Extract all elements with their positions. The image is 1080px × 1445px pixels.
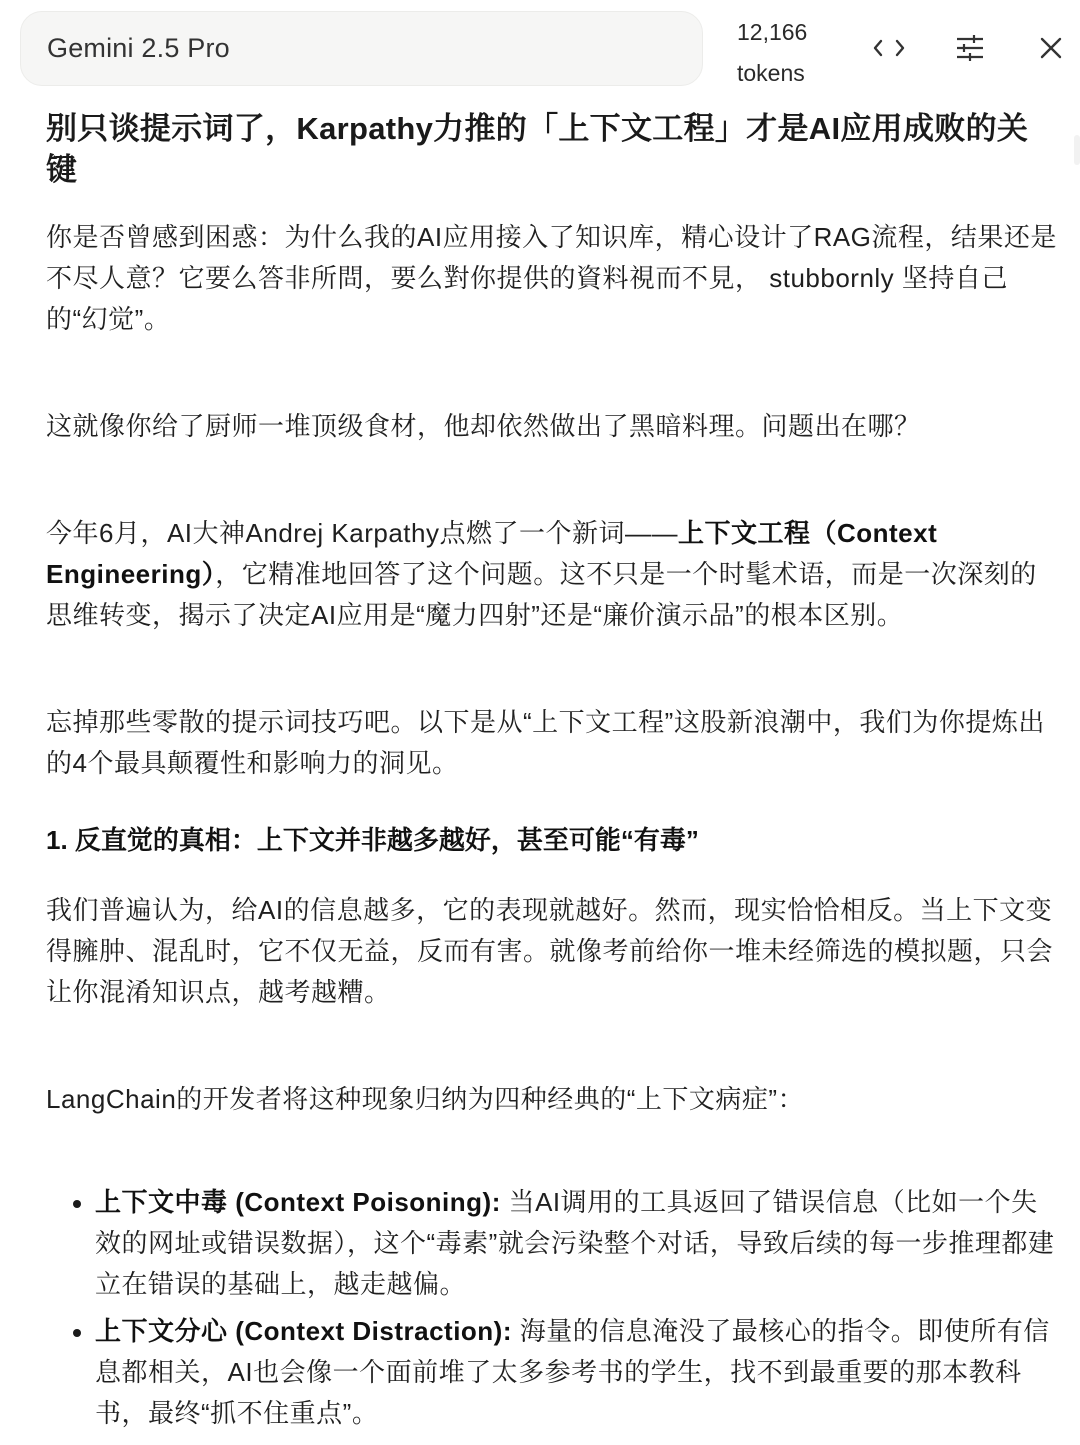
settings-button[interactable] — [950, 28, 990, 68]
context-issues-list: 上下文中毒 (Context Poisoning): 当AI调用的工具返回了错误… — [46, 1182, 1058, 1434]
karpathy-prefix: 今年6月，AI大神Andrej Karpathy点燃了一个新词—— — [46, 518, 678, 548]
token-count-value: 12,166 — [737, 12, 807, 53]
paragraph-insights: 忘掉那些零散的提示词技巧吧。以下是从“上下文工程”这股新浪潮中，我们为你提炼出的… — [46, 702, 1058, 784]
sliders-icon — [955, 34, 985, 62]
paragraph-karpathy: 今年6月，AI大神Andrej Karpathy点燃了一个新词——上下文工程（C… — [46, 513, 1058, 636]
bullet-term: 上下文中毒 (Context Poisoning): — [95, 1187, 501, 1217]
section-1-paragraph-2: LangChain的开发者将这种现象归纳为四种经典的“上下文病症”： — [46, 1079, 1058, 1120]
scrollbar-thumb[interactable] — [1074, 135, 1080, 165]
token-count-label: tokens — [737, 53, 807, 94]
article-content: 别只谈提示词了，Karpathy力推的「上下文工程」才是AI应用成败的关键 你是… — [46, 108, 1058, 1434]
model-selector[interactable]: Gemini 2.5 Pro — [20, 11, 703, 86]
code-view-button[interactable] — [869, 28, 909, 68]
close-button[interactable] — [1031, 28, 1071, 68]
token-counter: 12,166 tokens — [737, 12, 807, 94]
paragraph-intro: 你是否曾感到困惑：为什么我的AI应用接入了知识库，精心设计了RAG流程，结果还是… — [46, 217, 1058, 340]
section-heading-1: 1. 反直觉的真相：上下文并非越多越好，甚至可能“有毒” — [46, 820, 1058, 861]
close-icon — [1039, 36, 1063, 60]
paragraph-analogy: 这就像你给了厨师一堆顶级食材，他却依然做出了黑暗料理。问题出在哪？ — [46, 406, 1058, 447]
code-icon — [872, 37, 906, 59]
model-name: Gemini 2.5 Pro — [47, 33, 230, 64]
bullet-term: 上下文分心 (Context Distraction): — [95, 1316, 512, 1346]
list-item-context-poisoning: 上下文中毒 (Context Poisoning): 当AI调用的工具返回了错误… — [46, 1182, 1058, 1305]
top-bar: Gemini 2.5 Pro 12,166 tokens — [0, 0, 1080, 96]
section-1-paragraph-1: 我们普遍认为，给AI的信息越多，它的表现就越好。然而，现实恰恰相反。当上下文变得… — [46, 890, 1058, 1013]
list-item-context-distraction: 上下文分心 (Context Distraction): 海量的信息淹没了最核心… — [46, 1311, 1058, 1434]
article-title: 别只谈提示词了，Karpathy力推的「上下文工程」才是AI应用成败的关键 — [46, 108, 1058, 190]
